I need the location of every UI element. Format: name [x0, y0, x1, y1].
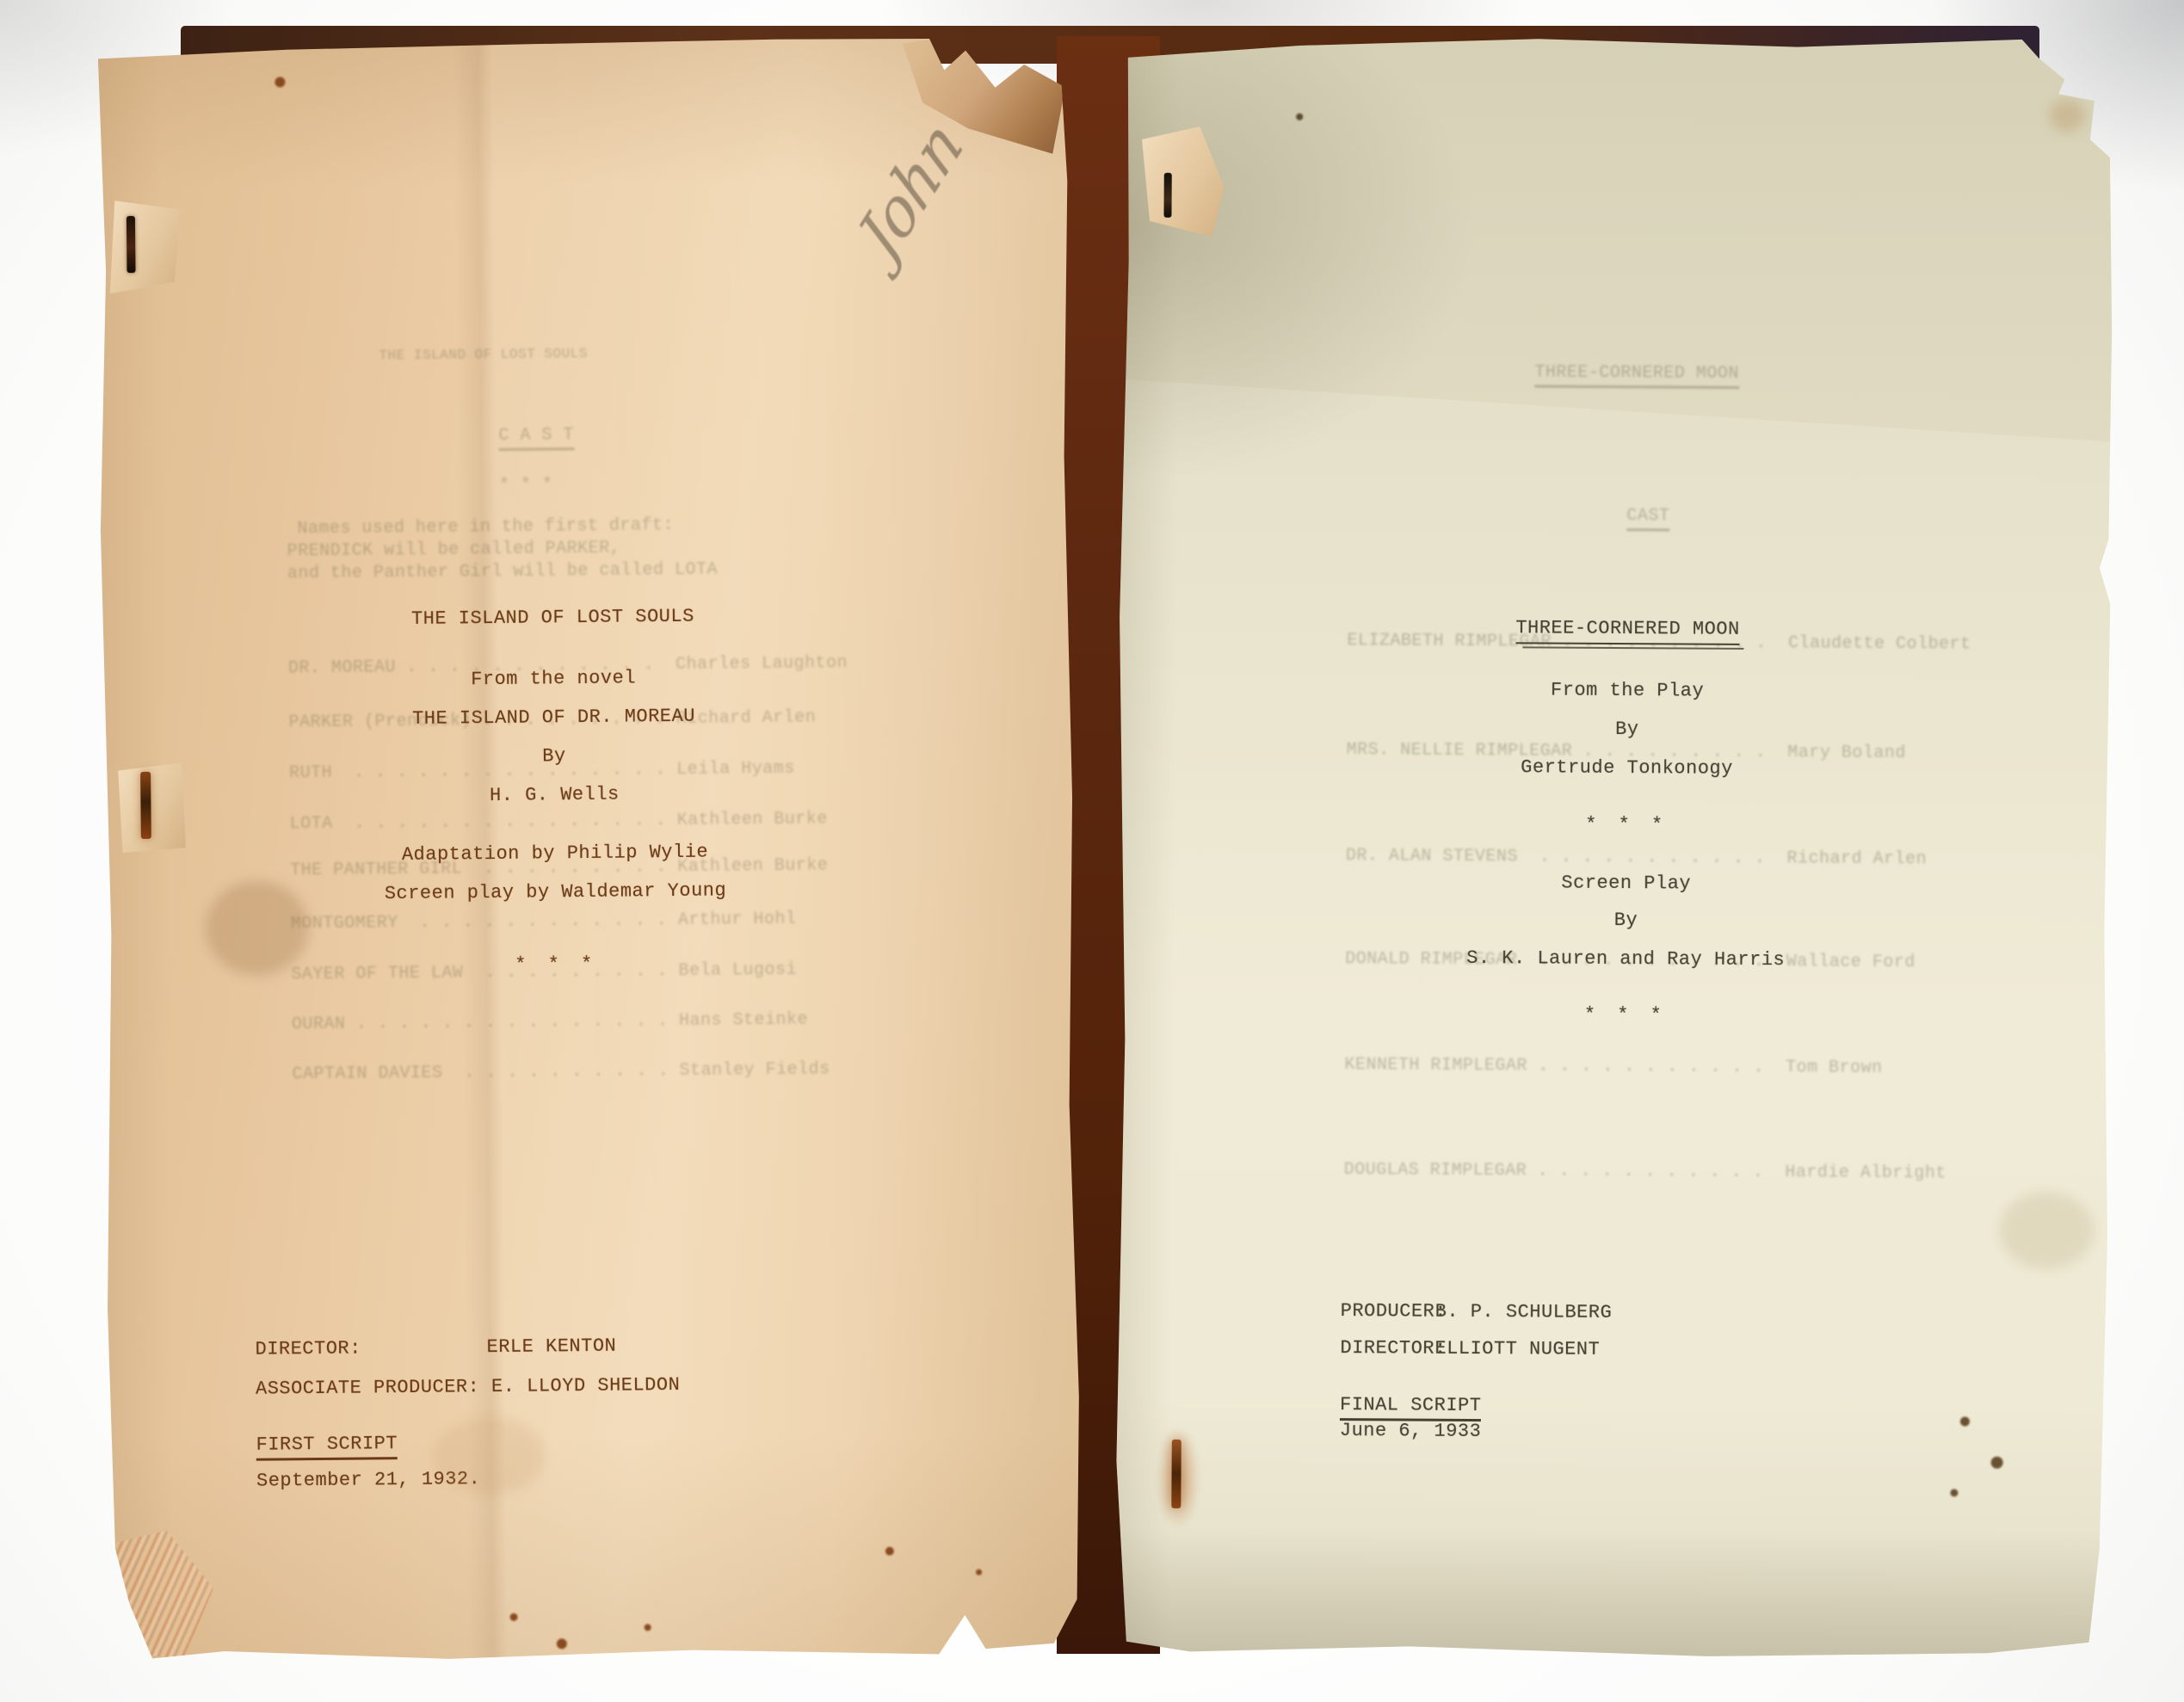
photo-backdrop: THE ISLAND OF LOST SOULS C A S T * * * N…: [0, 0, 2184, 1702]
staple-tear-flap: [109, 200, 181, 294]
left-author: H. G. Wells: [99, 780, 1009, 810]
staple: [126, 216, 136, 273]
left-title-block: THE ISLAND OF LOST SOULS From the novel …: [92, 35, 1018, 1665]
staple: [1163, 173, 1171, 218]
right-title: THREE-CORNERED MOON: [1142, 615, 2113, 643]
left-by-label: By: [99, 741, 1009, 771]
right-director-name: ELLIOTT NUGENT: [1434, 1338, 1600, 1360]
left-source-title: THE ISLAND OF DR. MOREAU: [98, 702, 1009, 732]
right-title-block: THREE-CORNERED MOON From the Play By Ger…: [1136, 34, 2116, 1662]
left-from-line: From the novel: [98, 663, 1009, 694]
right-writers: S. K. Lauren and Ray Harris: [1140, 946, 2111, 973]
left-script-stage: FIRST SCRIPT: [256, 1433, 398, 1456]
right-script-stage: FINAL SCRIPT: [1340, 1394, 1482, 1416]
right-producer-label: PRODUCER:: [1341, 1300, 1447, 1323]
right-producer-name: B. P. SCHULBERG: [1435, 1301, 1613, 1323]
right-stars-separator-2: * * *: [1140, 1002, 2111, 1029]
left-title: THE ISLAND OF LOST SOULS: [97, 602, 1008, 632]
rusty-staple: [1171, 1440, 1181, 1508]
left-script-cover: THE ISLAND OF LOST SOULS C A S T * * * N…: [92, 35, 1083, 1666]
right-stars-separator-1: * * *: [1141, 811, 2112, 839]
right-script-cover: THREE-CORNERED MOON CAST ELIZABETH RIMPL…: [1110, 33, 2116, 1662]
paper-stain: [205, 880, 309, 976]
right-from-line: From the Play: [1142, 677, 2113, 705]
left-associate-producer-line: ASSOCIATE PRODUCER: E. LLOYD SHELDON: [256, 1374, 680, 1400]
right-director-label: DIRECTOR:: [1340, 1337, 1446, 1360]
right-screenplay-label: Screen Play: [1141, 870, 2112, 897]
right-script-date: June 6, 1933: [1340, 1420, 1482, 1442]
right-by-label-2: By: [1140, 907, 2111, 934]
rusty-staple: [140, 772, 151, 839]
left-director-name: ERLE KENTON: [486, 1335, 616, 1358]
paper-stain: [2049, 99, 2085, 132]
right-playwright: Gertrude Tonkonogy: [1141, 755, 2112, 782]
right-by-label-1: By: [1142, 716, 2113, 743]
left-adaptation-line: Adaptation by Philip Wylie: [100, 838, 1010, 868]
paper-stain: [1999, 1192, 2095, 1270]
staple-tear-flap: [118, 762, 186, 853]
left-director-label: DIRECTOR:: [255, 1338, 361, 1360]
